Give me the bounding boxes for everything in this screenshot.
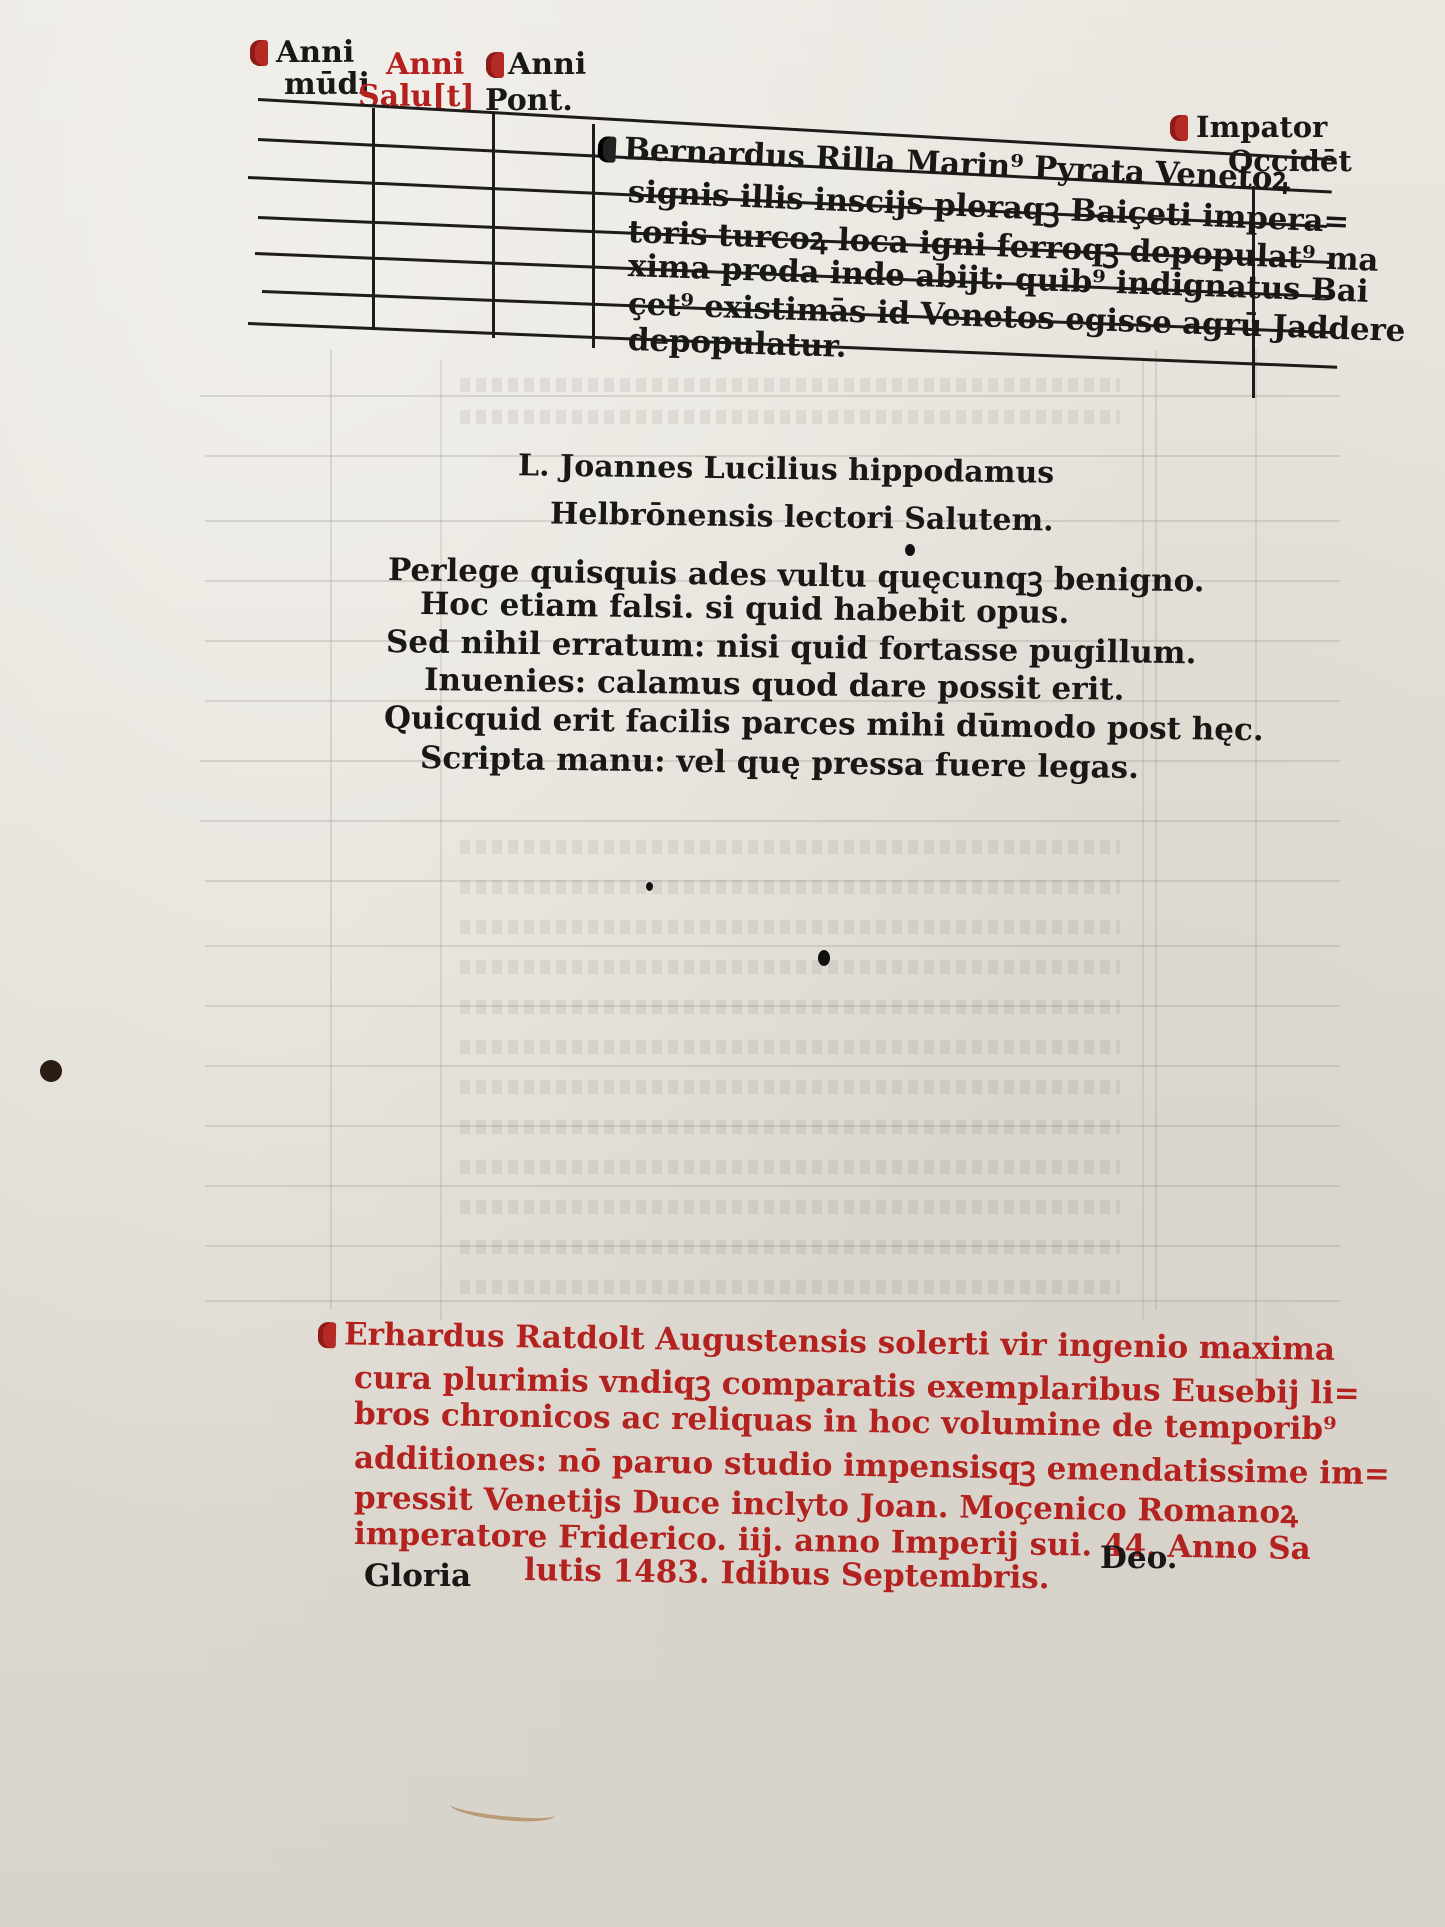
wormhole — [818, 950, 830, 966]
col-header-imperatores: Impator — [1170, 112, 1327, 142]
book-page: Anni mūdi Anni Salu[t] Anni Pont. Impato… — [0, 0, 1445, 1927]
col-header-anni-salutis: Anni — [386, 50, 464, 80]
epistle-title-line: L. Joannes Lucilius hippodamus — [518, 448, 1055, 490]
colophon-gloria: Gloria — [364, 1558, 471, 1594]
col-header-anni-mundi: Anni — [250, 38, 354, 68]
red-pilcrow-icon — [486, 52, 504, 78]
ink-stain — [449, 1795, 556, 1826]
pilcrow-icon — [597, 136, 616, 163]
red-pilcrow-icon — [1170, 115, 1188, 141]
wormhole — [40, 1060, 62, 1082]
wormhole — [905, 544, 915, 556]
colophon-deo: Deo. — [1100, 1540, 1178, 1576]
red-pilcrow-icon — [250, 40, 268, 66]
red-pilcrow-icon — [318, 1322, 336, 1348]
header-text: Anni — [276, 35, 354, 70]
colophon-date-line: lutis 1483. Idibus Septembris. — [524, 1552, 1050, 1596]
entry-line: depopulatur. — [627, 322, 847, 365]
col-header-anni-pontificum: Anni — [486, 50, 586, 80]
epistle-title-line: Helbrōnensis lectori Salutem. — [550, 496, 1054, 538]
wormhole — [646, 882, 653, 891]
header-text: Anni — [508, 47, 586, 82]
header-text: Impator — [1196, 110, 1327, 144]
